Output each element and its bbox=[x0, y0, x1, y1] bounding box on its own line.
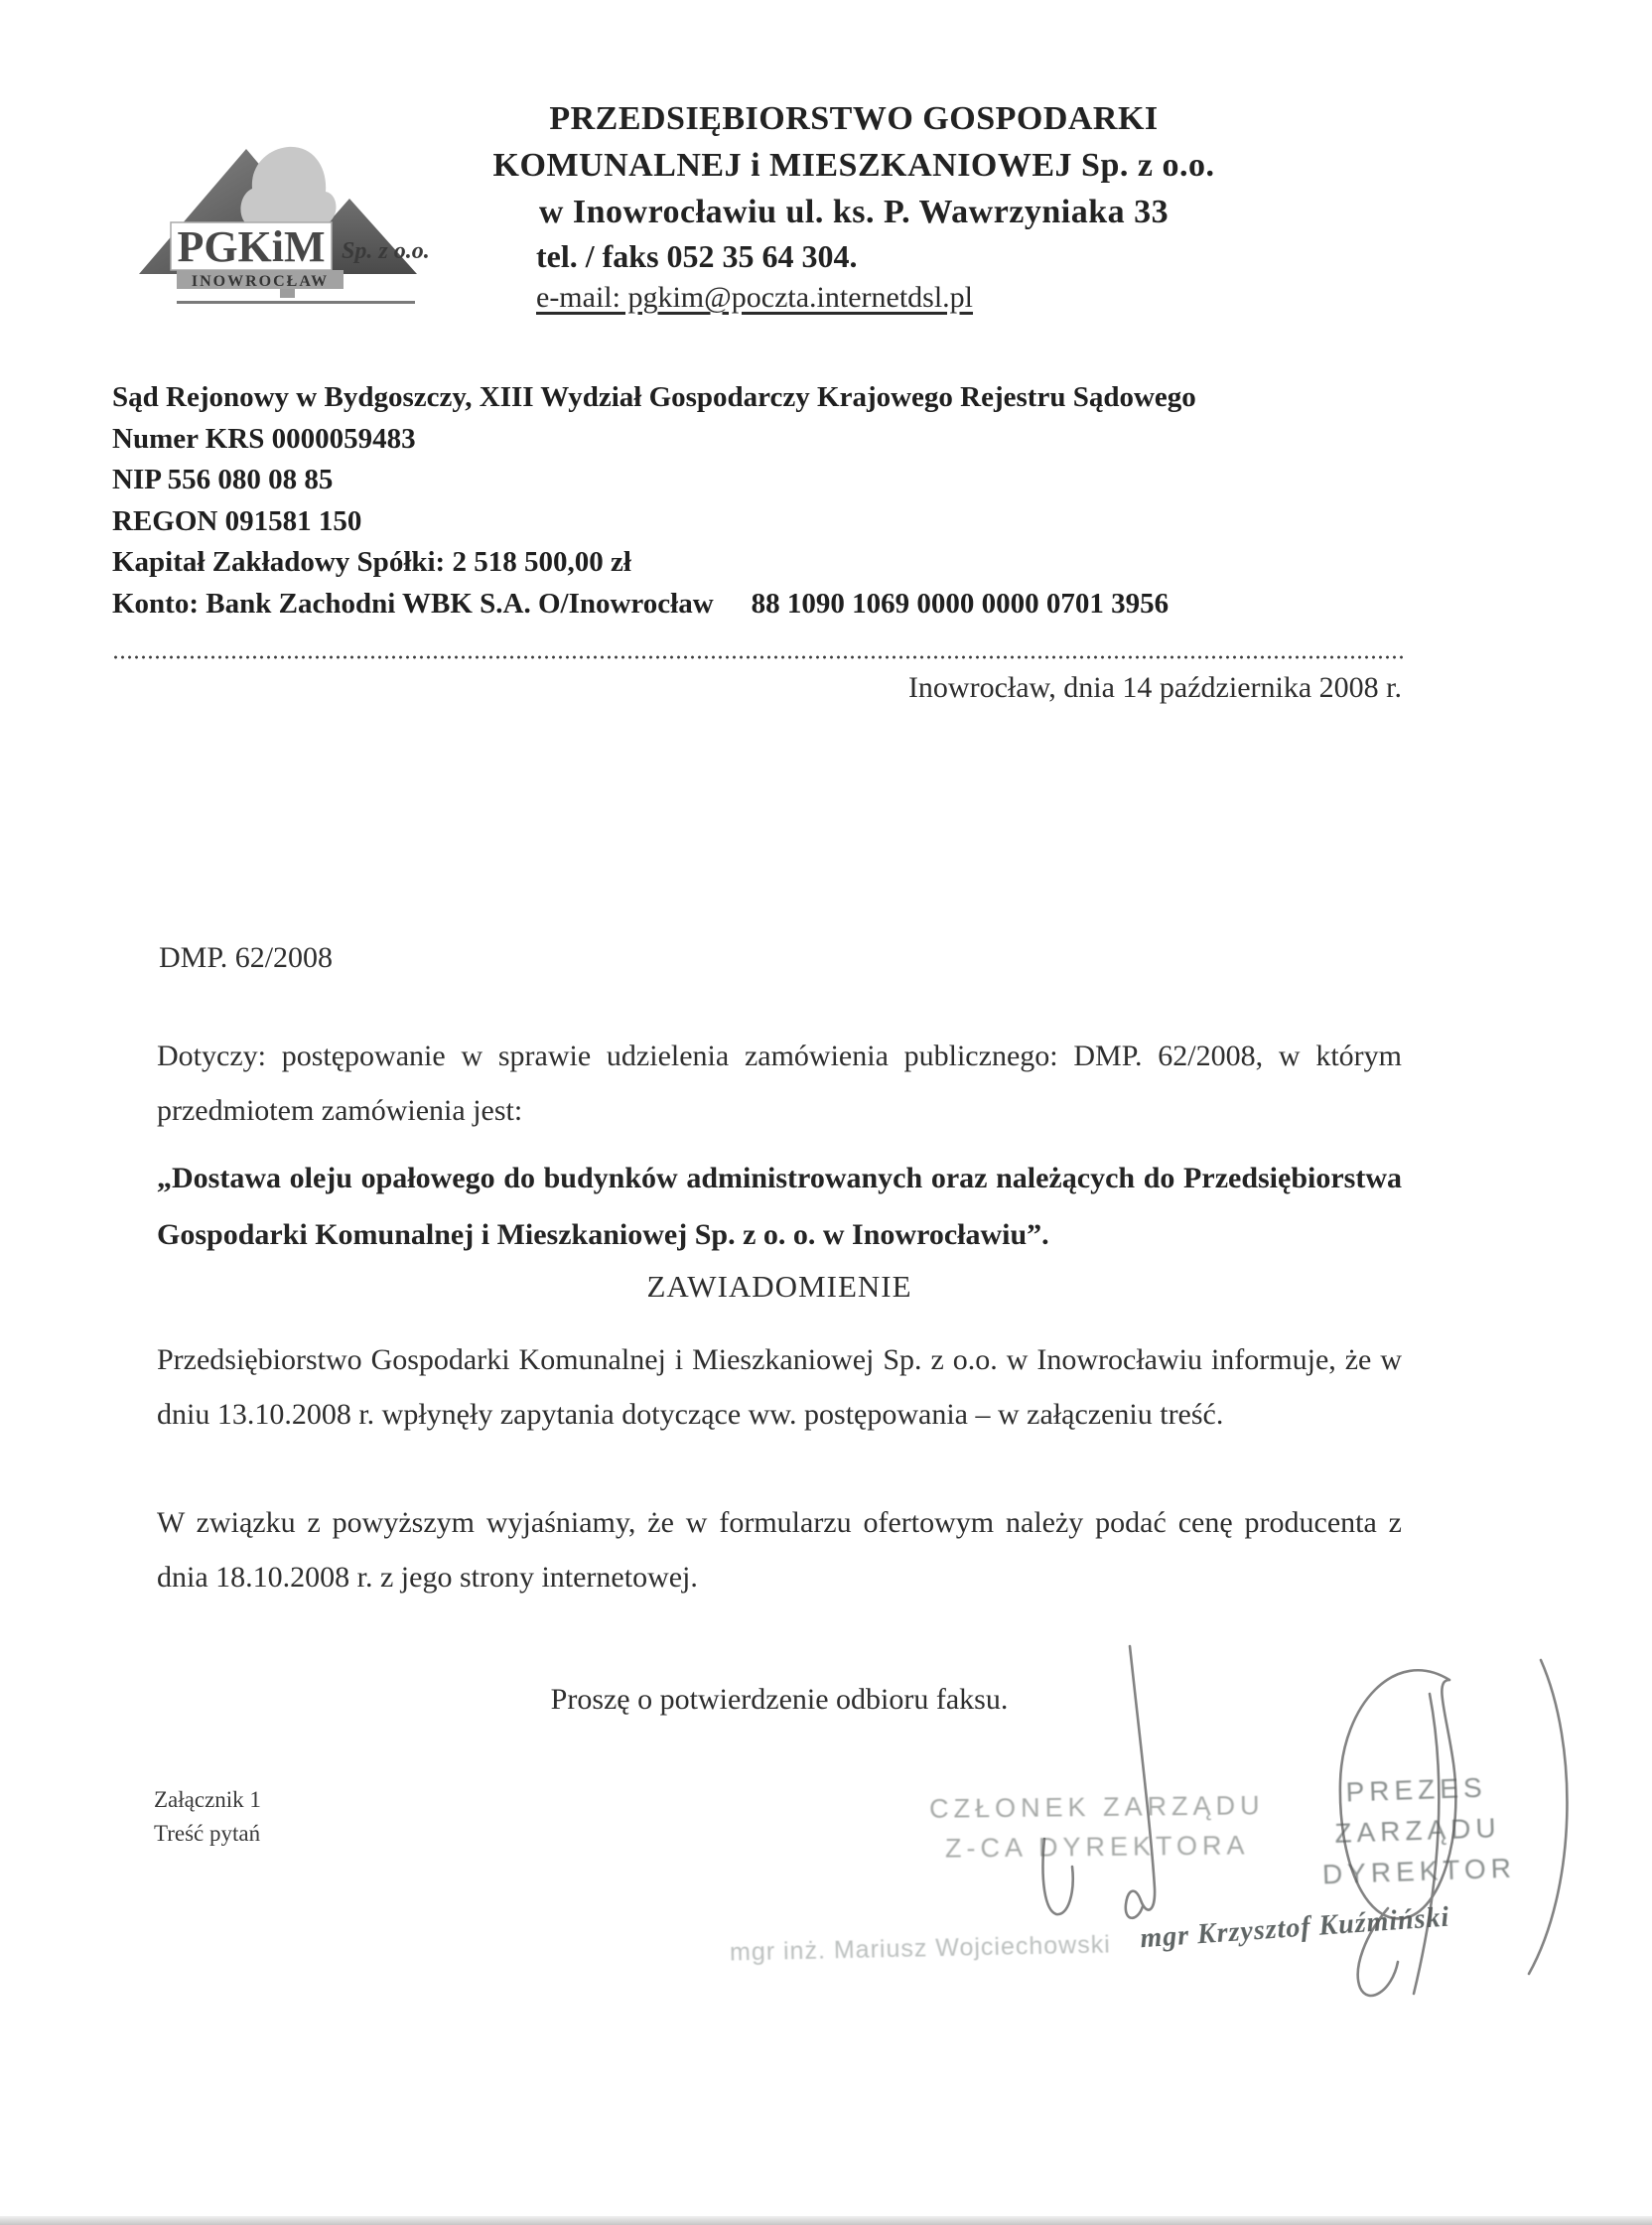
registry-block: Sąd Rejonowy w Bydgoszczy, XIII Wydział … bbox=[112, 377, 1423, 625]
attachment-note: Załącznik 1 Treść pytań bbox=[154, 1783, 261, 1851]
company-name-line2: KOMUNALNEJ i MIESZKANIOWEJ Sp. z o.o. bbox=[417, 142, 1291, 189]
company-contact: tel. / faks 052 35 64 304. e-mail: pgkim… bbox=[536, 235, 1291, 319]
company-logo: PGKiM INOWROCŁAW bbox=[129, 137, 427, 311]
registry-regon: REGON 091581 150 bbox=[112, 501, 1423, 543]
registry-account: Konto: Bank Zachodni WBK S.A. O/Inowrocł… bbox=[112, 584, 1423, 626]
phone-fax-line: tel. / faks 052 35 64 304. bbox=[536, 235, 1291, 277]
notice-heading: ZAWIADOMIENIE bbox=[157, 1259, 1402, 1314]
registry-capital: Kapitał Zakładowy Spółki: 2 518 500,00 z… bbox=[112, 542, 1423, 584]
company-header: PRZEDSIĘBIORSTWO GOSPODARKI KOMUNALNEJ i… bbox=[417, 95, 1291, 235]
subject-intro-paragraph: Dotyczy: postępowanie w sprawie udzielen… bbox=[157, 1029, 1402, 1138]
logo-underline bbox=[177, 301, 415, 304]
company-name-line1: PRZEDSIĘBIORSTWO GOSPODARKI bbox=[417, 95, 1291, 142]
dotted-separator bbox=[112, 655, 1403, 659]
signer-name-left: mgr inż. Mariusz Wojciechowski bbox=[730, 1930, 1158, 1968]
stamp-left-title: CZŁONEK ZARZĄDU bbox=[918, 1785, 1276, 1829]
subject-bold-paragraph: „Dostawa oleju opałowego do budynków adm… bbox=[157, 1150, 1402, 1263]
company-address: w Inowrocławiu ul. ks. P. Wawrzyniaka 33 bbox=[417, 189, 1291, 235]
closing-request: Proszę o potwierdzenie odbioru faksu. bbox=[157, 1672, 1402, 1727]
logo-suffix: Sp. z o.o. bbox=[342, 238, 430, 265]
registry-krs: Numer KRS 0000059483 bbox=[112, 419, 1423, 461]
body-paragraph-2: W związku z powyższym wyjaśniamy, że w f… bbox=[157, 1495, 1402, 1604]
attachment-line1: Załącznik 1 bbox=[154, 1783, 261, 1817]
signer-name-right: mgr Krzysztof Kuźmiński bbox=[1139, 1893, 1577, 1956]
logo-mountain-tree-icon: PGKiM INOWROCŁAW bbox=[129, 137, 427, 311]
registry-account-label: Konto: Bank Zachodni WBK S.A. O/Inowrocł… bbox=[112, 588, 714, 620]
stamp-left-subtitle: Z-CA DYREKTORA bbox=[918, 1825, 1276, 1869]
logo-city: INOWROCŁAW bbox=[192, 273, 329, 290]
stamp-right-title: PREZES ZARZĄDU bbox=[1257, 1763, 1578, 1856]
registry-nip: NIP 556 080 08 85 bbox=[112, 460, 1423, 501]
stamp-board-member: CZŁONEK ZARZĄDU Z-CA DYREKTORA bbox=[918, 1785, 1277, 1869]
email-line: e-mail: pgkim@poczta.internetdsl.pl bbox=[536, 277, 1291, 319]
place-date-line: Inowrocław, dnia 14 października 2008 r. bbox=[157, 671, 1402, 705]
registry-court: Sąd Rejonowy w Bydgoszczy, XIII Wydział … bbox=[112, 377, 1423, 419]
scan-artifact-strip bbox=[0, 2216, 1652, 2225]
reference-number: DMP. 62/2008 bbox=[159, 941, 333, 975]
registry-account-number: 88 1090 1069 0000 0000 0701 3956 bbox=[752, 588, 1170, 620]
logo-acronym: PGKiM bbox=[177, 222, 325, 271]
attachment-line2: Treść pytań bbox=[154, 1817, 261, 1851]
stamp-president: PREZES ZARZĄDU DYREKTOR bbox=[1257, 1763, 1579, 1896]
scanned-letter-page: PGKiM INOWROCŁAW Sp. z o.o. PRZEDSIĘBIOR… bbox=[0, 0, 1652, 2225]
body-paragraph-1: Przedsiębiorstwo Gospodarki Komunalnej i… bbox=[157, 1332, 1402, 1442]
